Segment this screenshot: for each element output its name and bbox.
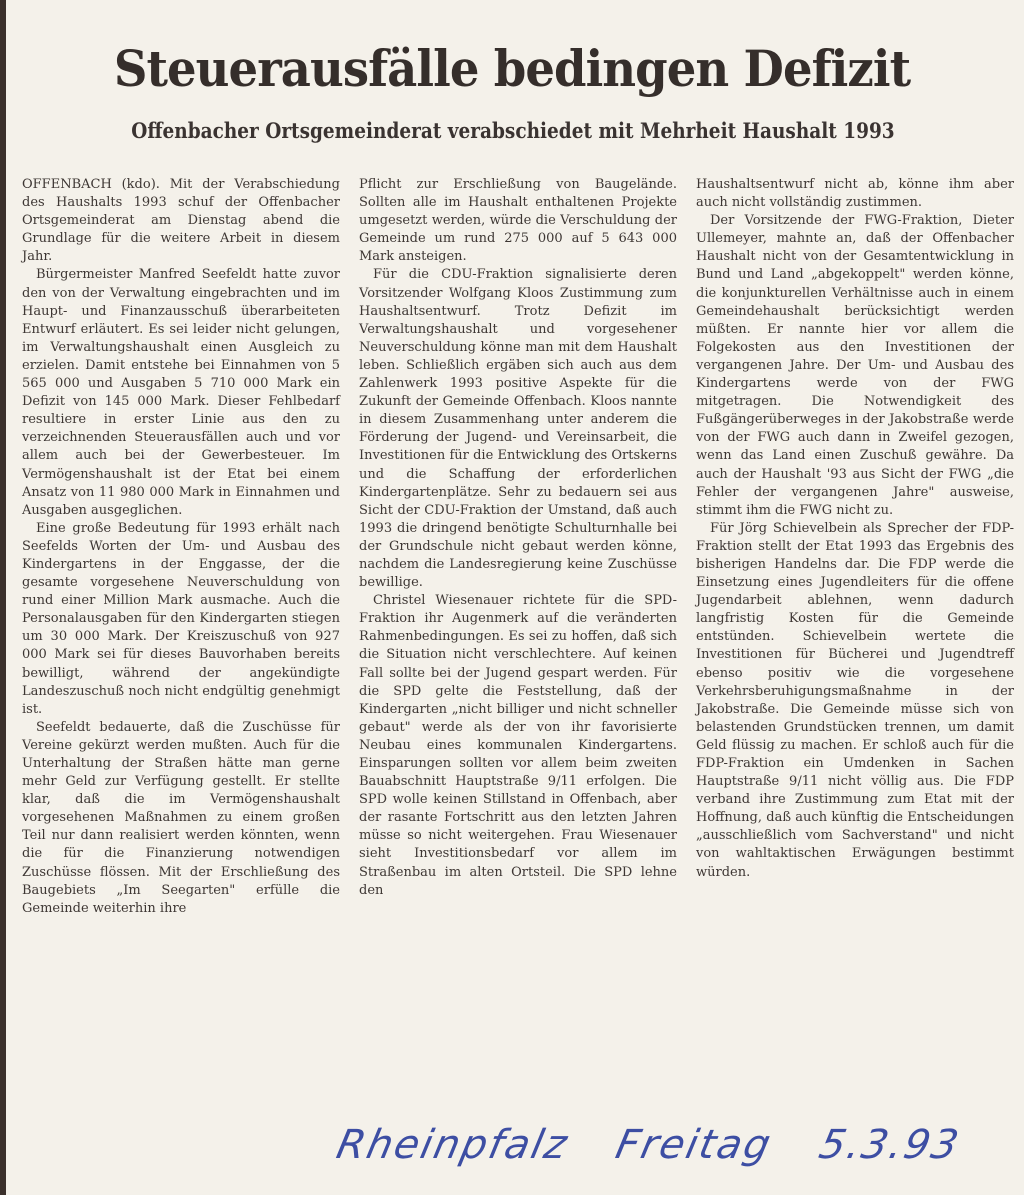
article-headline: Steuerausfälle bedingen Defizit — [36, 38, 988, 100]
article-column-3: Haushaltsentwurf nicht ab, könne ihm abe… — [696, 176, 1014, 882]
paragraph: Haushaltsentwurf nicht ab, könne ihm abe… — [696, 176, 1014, 212]
article-column-1: OFFENBACH (kdo). Mit der Verabschiedung … — [22, 176, 340, 918]
paragraph: Der Vorsitzende der FWG-Fraktion, Dieter… — [696, 212, 1014, 520]
paragraph: OFFENBACH (kdo). Mit der Verabschiedung … — [22, 176, 340, 266]
paragraph: Für die CDU-Fraktion signalisierte deren… — [359, 266, 677, 592]
handwritten-source: Rheinpfalz — [333, 1122, 573, 1168]
article-body: OFFENBACH (kdo). Mit der Verabschiedung … — [22, 176, 1012, 1126]
article-column-2: Pflicht zur Erschließung von Baugelände.… — [359, 176, 677, 900]
paragraph: Bürgermeister Manfred Seefeldt hatte zuv… — [22, 266, 340, 519]
paragraph: Seefeldt bedauerte, daß die Zuschüsse fü… — [22, 719, 340, 918]
paragraph: Für Jörg Schievelbein als Sprecher der F… — [696, 520, 1014, 882]
handwritten-source-note: Rheinpfalz Freitag 5.3.93 — [328, 1122, 903, 1192]
handwritten-day: Freitag — [612, 1122, 777, 1168]
handwritten-date: 5.3.93 — [815, 1122, 964, 1168]
paragraph: Christel Wiesenauer richtete für die SPD… — [359, 592, 677, 900]
paragraph: Pflicht zur Erschließung von Baugelände.… — [359, 176, 677, 266]
article-subheadline: Offenbacher Ortsgemeinderat verabschiede… — [62, 116, 963, 146]
paragraph: Eine große Bedeutung für 1993 erhält nac… — [22, 520, 340, 719]
